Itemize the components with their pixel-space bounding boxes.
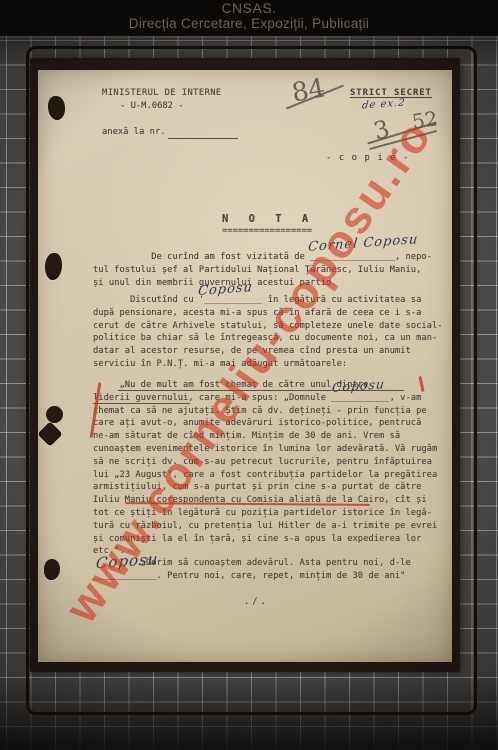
punch-hole	[37, 421, 62, 446]
continuation-mark: ./.	[244, 596, 269, 609]
paragraph-1: De curînd am fost vizitată de __________…	[93, 251, 432, 289]
archive-caption: CNSAS. Direcția Cercetare, Expoziții, Pu…	[0, 0, 498, 32]
underline-liderii	[93, 403, 190, 404]
punch-hole	[46, 406, 63, 423]
note-title-underline: =================	[222, 225, 312, 238]
note-title: N O T A	[222, 213, 313, 226]
document-photo: MINISTERUL DE INTERNE - U-M.0682 - anexă…	[30, 58, 460, 672]
annex-label: anexă la nr.	[102, 126, 166, 139]
archive-org-name: CNSAS.	[0, 0, 498, 16]
punch-hole	[45, 253, 62, 280]
annex-blank-line	[168, 138, 238, 139]
unit-number: - U-M.0682 -	[120, 100, 184, 113]
ministry-name: MINISTERUL DE INTERNE	[102, 87, 222, 100]
archive-dept-name: Direcția Cercetare, Expoziții, Publicați…	[0, 16, 498, 32]
punch-hole	[48, 96, 65, 120]
punch-hole	[44, 559, 60, 580]
screenshot-root: CNSAS. Direcția Cercetare, Expoziții, Pu…	[0, 0, 498, 750]
